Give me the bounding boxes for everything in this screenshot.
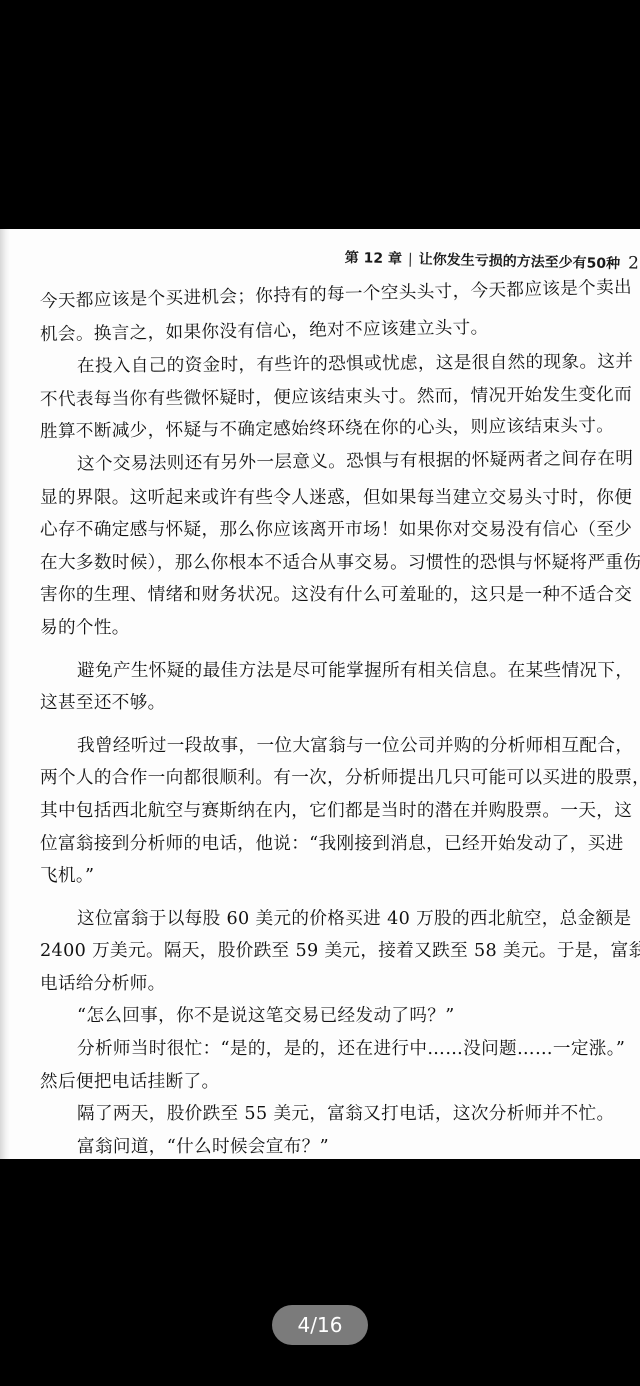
paragraph-gap	[40, 720, 600, 730]
paragraph-gap	[40, 893, 600, 903]
dialogue-line: 富翁问道，“什么时候会宣布？”	[40, 1131, 600, 1159]
text-line: 易的个性。	[40, 612, 600, 645]
page-number: 219	[628, 253, 640, 274]
text-line: 在大多数时候），那么你根本不适合从事交易。习惯性的恐惧与怀疑将严重伤	[40, 547, 600, 580]
text-line: 然后便把电话挂断了。	[40, 1066, 600, 1099]
paragraph-start: 避免产生怀疑的最佳方法是尽可能掌握所有相关信息。在某些情况下，	[40, 655, 600, 688]
body-text: 今天都应该是个买进机会；你持有的每一个空头头寸，今天都应该是个卖出 机会。换言之…	[40, 286, 600, 1159]
header-separator: |	[408, 251, 413, 267]
paragraph-start: 在投入自己的资金时，有些许的恐惧或忧虑，这是很自然的现象。这并	[40, 346, 600, 383]
chapter-label: 第 12 章	[345, 250, 403, 267]
image-viewer[interactable]: 第 12 章|让你发生亏损的方法至少有50种219 今天都应该是个买进机会；你持…	[0, 0, 640, 1386]
text-line: 2400 万美元。隔天，股价跌至 59 美元，接着又跌至 58 美元。于是，富翁…	[40, 935, 600, 968]
book-page-scan[interactable]: 第 12 章|让你发生亏损的方法至少有50种219 今天都应该是个买进机会；你持…	[0, 229, 640, 1159]
chapter-title: 让你发生亏损的方法至少有50种	[419, 252, 621, 273]
text-line: 这甚至还不够。	[40, 687, 600, 720]
paragraph-start: 我曾经听过一段故事，一位大富翁与一位公司并购的分析师相互配合，	[40, 730, 600, 763]
text-line: 害你的生理、情绪和财务状况。这没有什么可羞耻的，这只是一种不适合交	[40, 579, 600, 612]
paragraph-start: 这个交易法则还有另外一层意义。恐惧与有根据的怀疑两者之间存在明	[40, 443, 600, 481]
text-line: 心存不确定感与怀疑，那么你应该离开市场！如果你对交易没有信心（至少	[40, 514, 600, 547]
paragraph-start: 隔了两天，股价跌至 55 美元，富翁又打电话，这次分析师并不忙。	[40, 1098, 600, 1131]
page-binding-shadow	[0, 229, 10, 1159]
text-line: 位富翁接到分析师的电话，他说：“我刚接到消息，已经开始发动了，买进	[40, 828, 600, 861]
text-line: 两个人的合作一向都很顺利。有一次，分析师提出几只可能可以买进的股票，	[40, 762, 600, 795]
text-line: 其中包括西北航空与赛斯纳在内，它们都是当时的潜在并购股票。一天，这	[40, 795, 600, 828]
running-head: 第 12 章|让你发生亏损的方法至少有50种219	[345, 247, 630, 273]
text-line: 显的界限。这听起来或许有些令人迷惑，但如果每当建立交易头寸时，你便	[40, 482, 600, 515]
dialogue-line: “怎么回事，你不是说这笔交易已经发动了吗？”	[40, 1000, 600, 1033]
dialogue-line: 分析师当时很忙：“是的，是的，还在进行中……没问题……一定涨。”	[40, 1033, 600, 1066]
text-line: 电话给分析师。	[40, 968, 600, 1001]
text-line: 飞机。”	[40, 860, 600, 893]
page-indicator: 4/16	[272, 1305, 368, 1345]
paragraph-gap	[40, 645, 600, 655]
paragraph-start: 这位富翁于以每股 60 美元的价格买进 40 万股的西北航空，总金额是	[40, 903, 600, 936]
